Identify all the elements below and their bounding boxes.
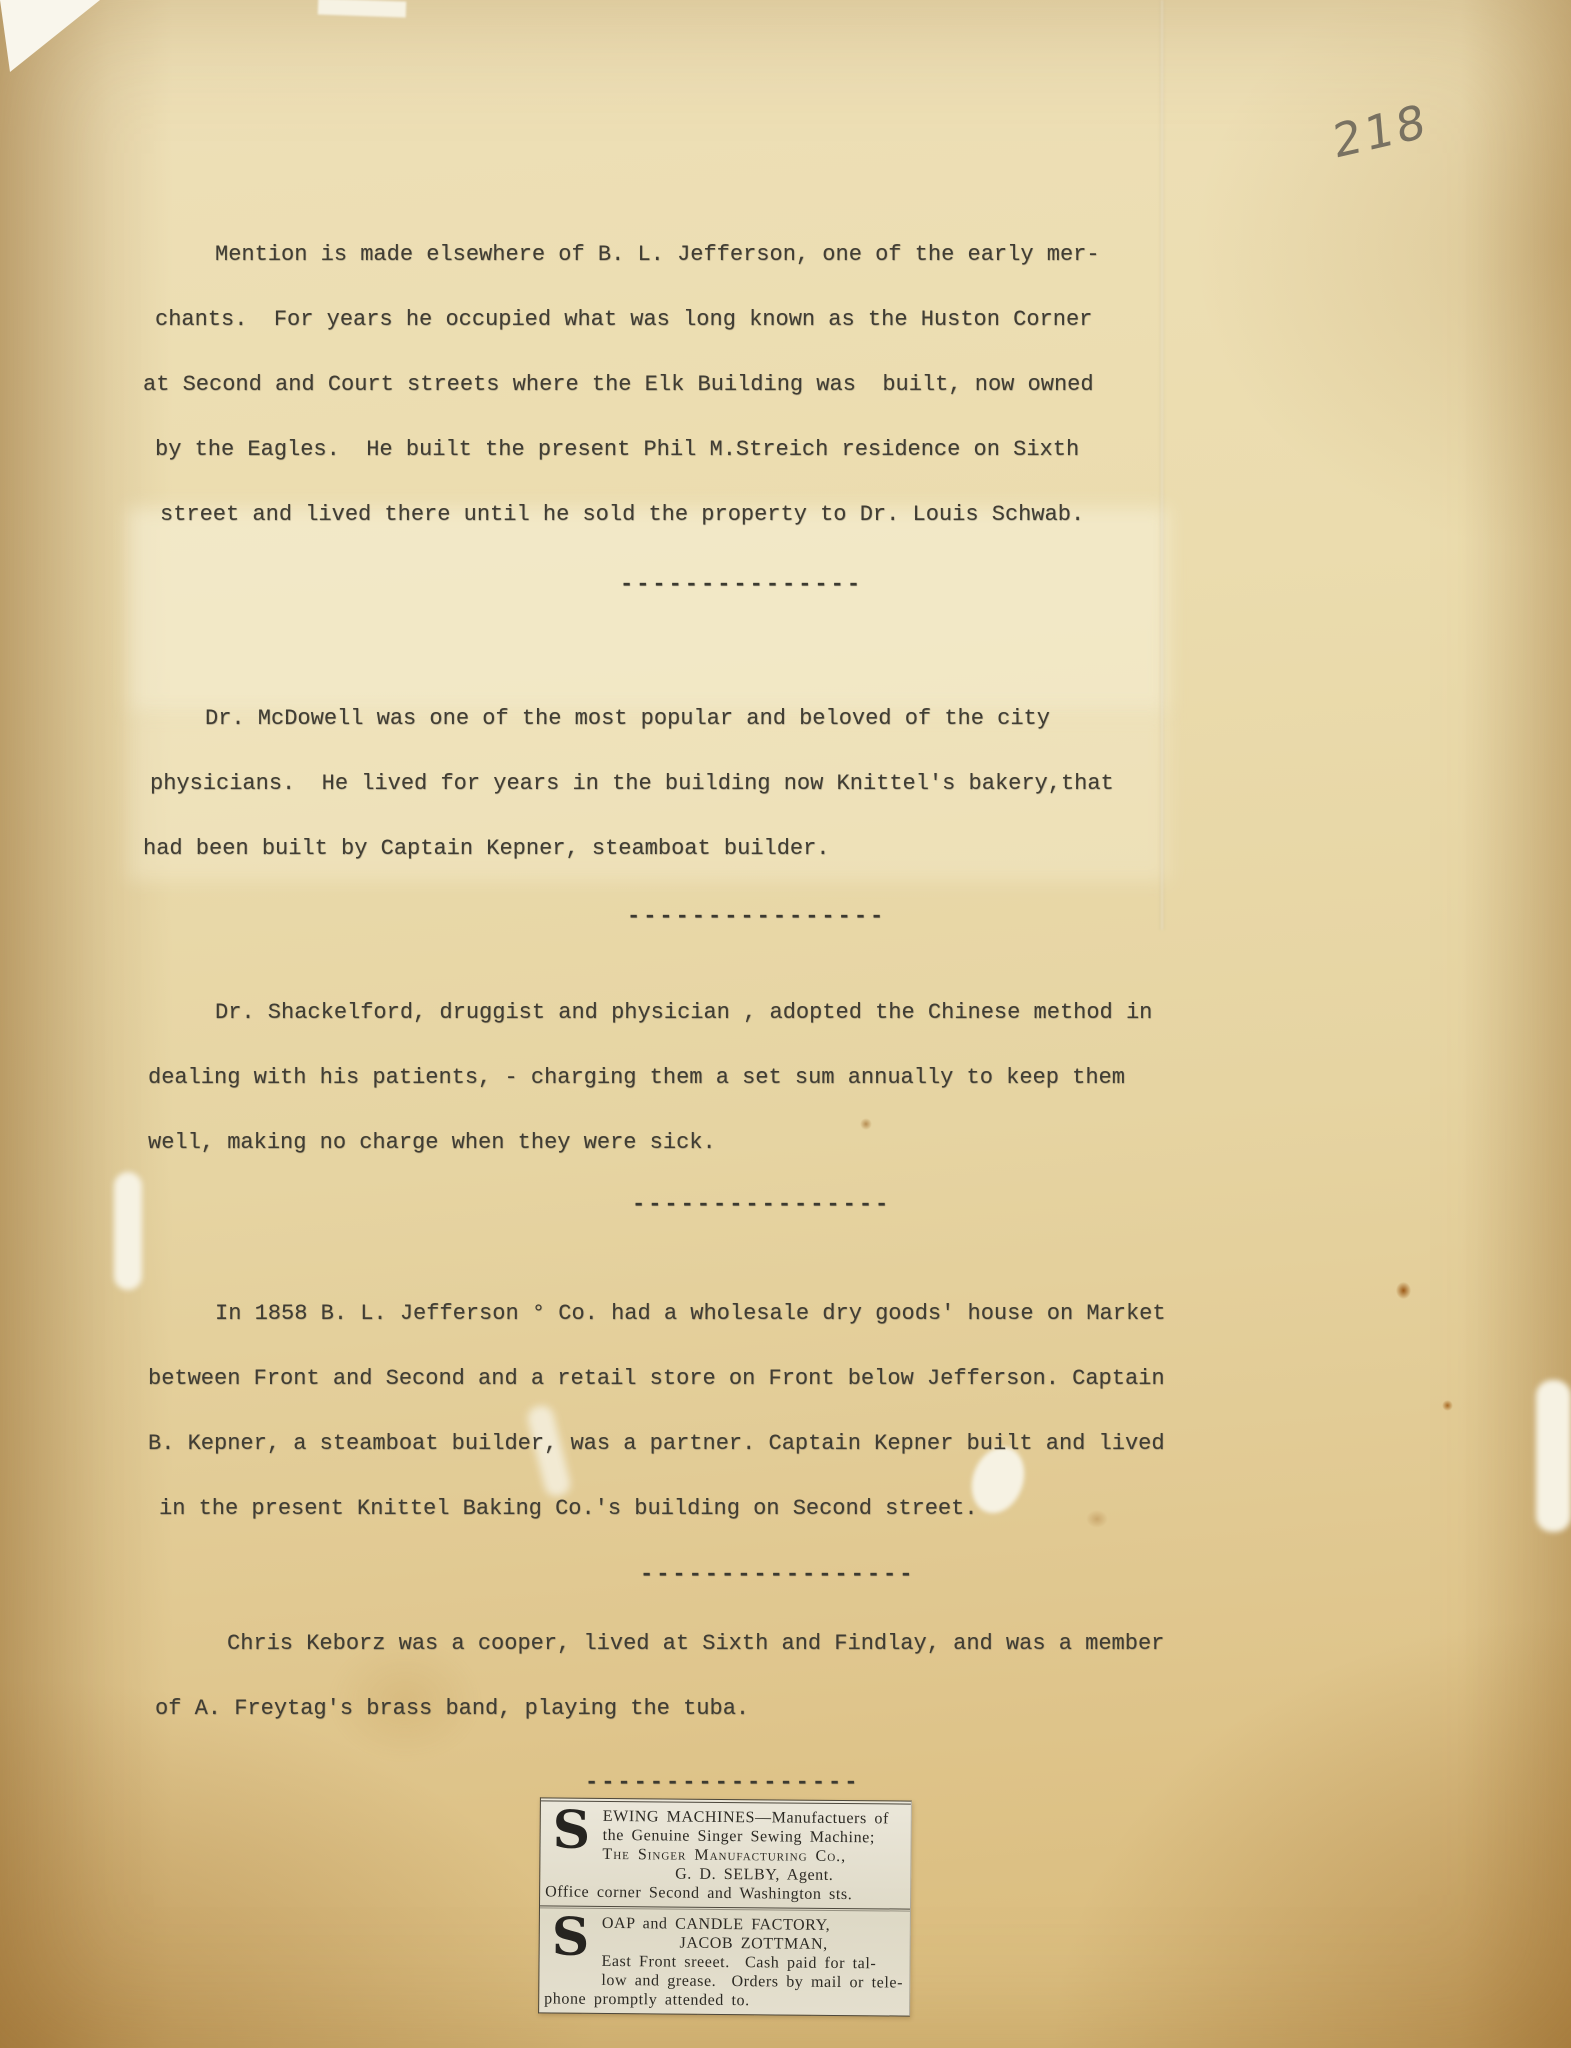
ad-line: The Singer Manufacturing Co., bbox=[602, 1845, 906, 1867]
document-page: 218 Mention is made elsewhere of B. L. J… bbox=[0, 0, 1571, 2048]
typed-line: dealing with his patients, - charging th… bbox=[148, 1045, 1152, 1110]
ad-line: OAP and CANDLE FACTORY, bbox=[602, 1914, 906, 1936]
typed-line: of A. Freytag's brass band, playing the … bbox=[155, 1676, 1164, 1741]
typed-line: at Second and Court streets where the El… bbox=[143, 352, 1100, 417]
ad-sewing-machines: S EWING MACHINES—Manufactuers of the Gen… bbox=[540, 1800, 911, 1909]
drop-cap: S bbox=[552, 1807, 590, 1853]
typed-divider: ----------------- bbox=[640, 1542, 915, 1607]
paragraph: In 1858 B. L. Jefferson ° Co. had a whol… bbox=[148, 1281, 1166, 1541]
ad-soap-candle: S OAP and CANDLE FACTORY, JACOB ZOTTMAN,… bbox=[539, 1907, 910, 2015]
typed-line: in the present Knittel Baking Co.'s buil… bbox=[148, 1476, 1166, 1541]
paper-tear bbox=[114, 1172, 142, 1290]
paper-tear bbox=[1536, 1380, 1571, 1532]
typed-line: In 1858 B. L. Jefferson ° Co. had a whol… bbox=[148, 1281, 1166, 1346]
paper-tear bbox=[0, 0, 100, 72]
paper-stain bbox=[1442, 1400, 1453, 1411]
typed-line: between Front and Second and a retail st… bbox=[148, 1346, 1166, 1411]
typed-line: had been built by Captain Kepner, steamb… bbox=[143, 816, 1114, 881]
typed-line: street and lived there until he sold the… bbox=[143, 482, 1100, 547]
typed-divider: ---------------- bbox=[627, 884, 886, 949]
typed-divider: --------------- bbox=[620, 552, 863, 617]
paper-tear bbox=[318, 0, 407, 18]
typed-line: Chris Keborz was a cooper, lived at Sixt… bbox=[155, 1611, 1164, 1676]
ad-line: phone promptly attended to. bbox=[544, 1989, 905, 2011]
newspaper-clipping: S EWING MACHINES—Manufactuers of the Gen… bbox=[538, 1797, 912, 2016]
paragraph: Mention is made elsewhere of B. L. Jeffe… bbox=[143, 222, 1100, 547]
typed-line: well, making no charge when they were si… bbox=[148, 1110, 1152, 1175]
drop-cap: S bbox=[552, 1914, 590, 1960]
paper-crease bbox=[1160, 0, 1164, 930]
ad-line: Office corner Second and Washington sts. bbox=[545, 1882, 906, 1904]
paragraph: Dr. Shackelford, druggist and physician … bbox=[148, 980, 1152, 1175]
paragraph: Chris Keborz was a cooper, lived at Sixt… bbox=[155, 1611, 1164, 1741]
paper-stain bbox=[1396, 1282, 1411, 1299]
handwritten-page-number: 218 bbox=[1331, 93, 1430, 169]
typed-line: Dr. McDowell was one of the most popular… bbox=[143, 686, 1114, 751]
typed-line: chants. For years he occupied what was l… bbox=[143, 287, 1100, 352]
typed-divider: ---------------- bbox=[632, 1172, 891, 1237]
typed-line: Mention is made elsewhere of B. L. Jeffe… bbox=[143, 222, 1100, 287]
typed-line: Dr. Shackelford, druggist and physician … bbox=[148, 980, 1152, 1045]
typed-line: by the Eagles. He built the present Phil… bbox=[143, 417, 1100, 482]
typed-line: B. Kepner, a steamboat builder, was a pa… bbox=[148, 1411, 1166, 1476]
paragraph: Dr. McDowell was one of the most popular… bbox=[143, 686, 1114, 881]
typed-line: physicians. He lived for years in the bu… bbox=[143, 751, 1114, 816]
